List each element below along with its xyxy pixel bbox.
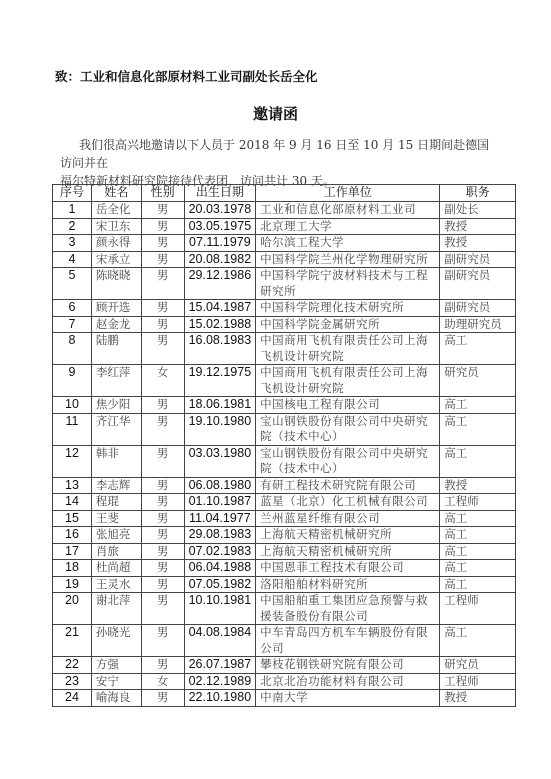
row-name: 谢北萍: [91, 593, 141, 625]
row-position: 高工: [440, 333, 516, 365]
row-no: 18: [53, 560, 92, 577]
table-header-row: 序号 姓名 性别 出生日期 工作单位 职务: [53, 185, 516, 202]
row-no: 7: [53, 316, 92, 333]
row-no: 3: [53, 235, 92, 252]
table-row: 15王斐男11.04.1977兰州蓝星纤维有限公司高工: [53, 510, 516, 527]
row-name: 赵金龙: [91, 316, 141, 333]
addressee-line: 致：工业和信息化部原材料工业司副处长岳全化: [55, 67, 318, 85]
header-no: 序号: [53, 185, 92, 202]
row-unit: 中南大学: [256, 690, 440, 707]
row-gender: 男: [141, 218, 184, 235]
header-name: 姓名: [91, 185, 141, 202]
table-row: 8陆鹏男16.08.1983中国商用飞机有限责任公司上海飞机设计研究院高工: [53, 333, 516, 365]
row-dob: 26.07.1987: [184, 657, 256, 674]
table-row: 1岳全化男20.03.1978工业和信息化部原材料工业司副处长: [53, 202, 516, 219]
row-position: 副处长: [440, 202, 516, 219]
row-dob: 03.03.1980: [184, 445, 256, 477]
row-gender: 男: [141, 333, 184, 365]
row-no: 14: [53, 494, 92, 511]
row-dob: 10.10.1981: [184, 593, 256, 625]
row-name: 张旭亮: [91, 527, 141, 544]
row-dob: 07.11.1979: [184, 235, 256, 252]
row-unit: 北京北冶功能材料有限公司: [256, 673, 440, 690]
table-row: 22方强男26.07.1987攀枝花钢铁研究院有限公司研究员: [53, 657, 516, 674]
header-unit: 工作单位: [256, 185, 440, 202]
row-position: 助理研究员: [440, 316, 516, 333]
row-gender: 男: [141, 593, 184, 625]
row-name: 喻海良: [91, 690, 141, 707]
row-unit: 中国科学院宁波材料技术与工程研究所: [256, 268, 440, 300]
row-dob: 20.03.1978: [184, 202, 256, 219]
row-name: 孙晓光: [91, 625, 141, 657]
row-position: 工程师: [440, 673, 516, 690]
row-name: 李志辉: [91, 477, 141, 494]
row-no: 20: [53, 593, 92, 625]
row-dob: 03.05.1975: [184, 218, 256, 235]
row-gender: 男: [141, 235, 184, 252]
row-no: 8: [53, 333, 92, 365]
row-name: 宋承立: [91, 251, 141, 268]
row-name: 陈晓晓: [91, 268, 141, 300]
row-unit: 蓝星（北京）化工机械有限公司: [256, 494, 440, 511]
row-unit: 北京理工大学: [256, 218, 440, 235]
row-position: 工程师: [440, 593, 516, 625]
row-no: 12: [53, 445, 92, 477]
table-row: 18杜尚超男06.04.1988中国恩菲工程技术有限公司高工: [53, 560, 516, 577]
row-dob: 29.12.1986: [184, 268, 256, 300]
row-no: 4: [53, 251, 92, 268]
row-no: 22: [53, 657, 92, 674]
row-dob: 29.08.1983: [184, 527, 256, 544]
table-row: 24喻海良男22.10.1980中南大学教授: [53, 690, 516, 707]
row-gender: 男: [141, 268, 184, 300]
table-row: 6顾开选男15.04.1987中国科学院理化技术研究所副研究员: [53, 300, 516, 317]
row-gender: 男: [141, 690, 184, 707]
row-position: 研究员: [440, 657, 516, 674]
row-unit: 哈尔滨工程大学: [256, 235, 440, 252]
row-unit: 中国商用飞机有限责任公司上海飞机设计研究院: [256, 365, 440, 397]
row-position: 高工: [440, 527, 516, 544]
row-unit: 宝山钢铁股份有限公司中央研究院（技术中心）: [256, 413, 440, 445]
row-dob: 06.08.1980: [184, 477, 256, 494]
row-position: 工程师: [440, 494, 516, 511]
row-position: 研究员: [440, 365, 516, 397]
row-position: 高工: [440, 413, 516, 445]
row-position: 高工: [440, 445, 516, 477]
row-dob: 22.10.1980: [184, 690, 256, 707]
row-gender: 男: [141, 251, 184, 268]
row-position: 副研究员: [440, 268, 516, 300]
row-position: 教授: [440, 218, 516, 235]
row-gender: 男: [141, 477, 184, 494]
row-unit: 上海航天精密机械研究所: [256, 543, 440, 560]
row-dob: 04.08.1984: [184, 625, 256, 657]
row-gender: 男: [141, 397, 184, 414]
row-dob: 19.12.1975: [184, 365, 256, 397]
table-row: 20谢北萍男10.10.1981中国船舶重工集团应急预警与救援装备股份有限公司工…: [53, 593, 516, 625]
row-dob: 19.10.1980: [184, 413, 256, 445]
row-unit: 洛阳船舶材料研究所: [256, 576, 440, 593]
row-no: 1: [53, 202, 92, 219]
row-position: 教授: [440, 690, 516, 707]
row-gender: 男: [141, 494, 184, 511]
row-dob: 11.04.1977: [184, 510, 256, 527]
row-unit: 中国科学院理化技术研究所: [256, 300, 440, 317]
row-unit: 攀枝花钢铁研究院有限公司: [256, 657, 440, 674]
row-gender: 男: [141, 316, 184, 333]
table-row: 2宋卫东男03.05.1975北京理工大学教授: [53, 218, 516, 235]
document-title: 邀请函: [0, 103, 551, 124]
row-position: 高工: [440, 576, 516, 593]
row-name: 安宁: [91, 673, 141, 690]
table-row: 4宋承立男20.08.1982中国科学院兰州化学物理研究所副研究员: [53, 251, 516, 268]
row-position: 教授: [440, 235, 516, 252]
table-row: 14程琨男01.10.1987蓝星（北京）化工机械有限公司工程师: [53, 494, 516, 511]
row-dob: 20.08.1982: [184, 251, 256, 268]
row-unit: 有研工程技术研究院有限公司: [256, 477, 440, 494]
row-unit: 上海航天精密机械研究所: [256, 527, 440, 544]
row-no: 24: [53, 690, 92, 707]
row-dob: 06.04.1988: [184, 560, 256, 577]
table-row: 5陈晓晓男29.12.1986中国科学院宁波材料技术与工程研究所副研究员: [53, 268, 516, 300]
row-no: 9: [53, 365, 92, 397]
row-no: 15: [53, 510, 92, 527]
table-row: 21孙晓光男04.08.1984中车青岛四方机车车辆股份有限公司高工: [53, 625, 516, 657]
row-dob: 15.04.1987: [184, 300, 256, 317]
row-no: 11: [53, 413, 92, 445]
row-gender: 男: [141, 527, 184, 544]
row-name: 陆鹏: [91, 333, 141, 365]
row-unit: 中国科学院兰州化学物理研究所: [256, 251, 440, 268]
row-name: 王斐: [91, 510, 141, 527]
row-gender: 男: [141, 657, 184, 674]
table-row: 9李红萍女19.12.1975中国商用飞机有限责任公司上海飞机设计研究院研究员: [53, 365, 516, 397]
row-gender: 男: [141, 445, 184, 477]
row-dob: 07.05.1982: [184, 576, 256, 593]
row-gender: 男: [141, 202, 184, 219]
row-dob: 18.06.1981: [184, 397, 256, 414]
row-dob: 16.08.1983: [184, 333, 256, 365]
row-name: 韩非: [91, 445, 141, 477]
row-unit: 中国核电工程有限公司: [256, 397, 440, 414]
intro-paragraph: 我们很高兴地邀请以下人员于 2018 年 9 月 16 日至 10 月 15 日…: [60, 136, 500, 190]
table-row: 19王灵水男07.05.1982洛阳船舶材料研究所高工: [53, 576, 516, 593]
row-name: 宋卫东: [91, 218, 141, 235]
row-dob: 07.02.1983: [184, 543, 256, 560]
row-no: 5: [53, 268, 92, 300]
table-row: 10焦少阳男18.06.1981中国核电工程有限公司高工: [53, 397, 516, 414]
row-name: 岳全化: [91, 202, 141, 219]
row-dob: 02.12.1989: [184, 673, 256, 690]
row-no: 17: [53, 543, 92, 560]
row-dob: 15.02.1988: [184, 316, 256, 333]
row-no: 2: [53, 218, 92, 235]
row-position: 副研究员: [440, 300, 516, 317]
row-position: 高工: [440, 560, 516, 577]
row-no: 21: [53, 625, 92, 657]
table-row: 16张旭亮男29.08.1983上海航天精密机械研究所高工: [53, 527, 516, 544]
table-row: 23安宁女02.12.1989北京北冶功能材料有限公司工程师: [53, 673, 516, 690]
row-position: 高工: [440, 510, 516, 527]
row-name: 顾开选: [91, 300, 141, 317]
row-name: 王灵水: [91, 576, 141, 593]
header-dob: 出生日期: [184, 185, 256, 202]
row-position: 教授: [440, 477, 516, 494]
row-no: 13: [53, 477, 92, 494]
row-position: 高工: [440, 397, 516, 414]
row-name: 齐江华: [91, 413, 141, 445]
row-gender: 男: [141, 560, 184, 577]
row-dob: 01.10.1987: [184, 494, 256, 511]
row-unit: 中国恩菲工程技术有限公司: [256, 560, 440, 577]
row-unit: 工业和信息化部原材料工业司: [256, 202, 440, 219]
row-position: 高工: [440, 543, 516, 560]
row-unit: 中车青岛四方机车车辆股份有限公司: [256, 625, 440, 657]
table-row: 13李志辉男06.08.1980有研工程技术研究院有限公司教授: [53, 477, 516, 494]
row-name: 杜尚超: [91, 560, 141, 577]
table-row: 3颜永得男07.11.1979哈尔滨工程大学教授: [53, 235, 516, 252]
row-no: 19: [53, 576, 92, 593]
header-gender: 性别: [141, 185, 184, 202]
table-row: 7赵金龙男15.02.1988中国科学院金属研究所助理研究员: [53, 316, 516, 333]
row-gender: 男: [141, 413, 184, 445]
row-unit: 宝山钢铁股份有限公司中央研究院（技术中心）: [256, 445, 440, 477]
row-no: 23: [53, 673, 92, 690]
row-gender: 女: [141, 365, 184, 397]
row-name: 肖旅: [91, 543, 141, 560]
row-name: 李红萍: [91, 365, 141, 397]
row-name: 方强: [91, 657, 141, 674]
header-position: 职务: [440, 185, 516, 202]
row-unit: 中国商用飞机有限责任公司上海飞机设计研究院: [256, 333, 440, 365]
row-position: 高工: [440, 625, 516, 657]
row-no: 10: [53, 397, 92, 414]
table-row: 12韩非男03.03.1980宝山钢铁股份有限公司中央研究院（技术中心）高工: [53, 445, 516, 477]
row-name: 焦少阳: [91, 397, 141, 414]
row-gender: 男: [141, 625, 184, 657]
row-unit: 中国科学院金属研究所: [256, 316, 440, 333]
row-name: 颜永得: [91, 235, 141, 252]
row-no: 16: [53, 527, 92, 544]
row-position: 副研究员: [440, 251, 516, 268]
row-gender: 女: [141, 673, 184, 690]
table-row: 17肖旅男07.02.1983上海航天精密机械研究所高工: [53, 543, 516, 560]
row-name: 程琨: [91, 494, 141, 511]
table-body: 1岳全化男20.03.1978工业和信息化部原材料工业司副处长2宋卫东男03.0…: [53, 202, 516, 707]
table-row: 11齐江华男19.10.1980宝山钢铁股份有限公司中央研究院（技术中心）高工: [53, 413, 516, 445]
row-gender: 男: [141, 543, 184, 560]
intro-line-1: 我们很高兴地邀请以下人员于 2018 年 9 月 16 日至 10 月 15 日…: [60, 136, 500, 172]
delegation-table: 序号 姓名 性别 出生日期 工作单位 职务 1岳全化男20.03.1978工业和…: [52, 184, 516, 707]
row-gender: 男: [141, 300, 184, 317]
row-gender: 男: [141, 510, 184, 527]
row-unit: 中国船舶重工集团应急预警与救援装备股份有限公司: [256, 593, 440, 625]
row-unit: 兰州蓝星纤维有限公司: [256, 510, 440, 527]
row-gender: 男: [141, 576, 184, 593]
row-no: 6: [53, 300, 92, 317]
